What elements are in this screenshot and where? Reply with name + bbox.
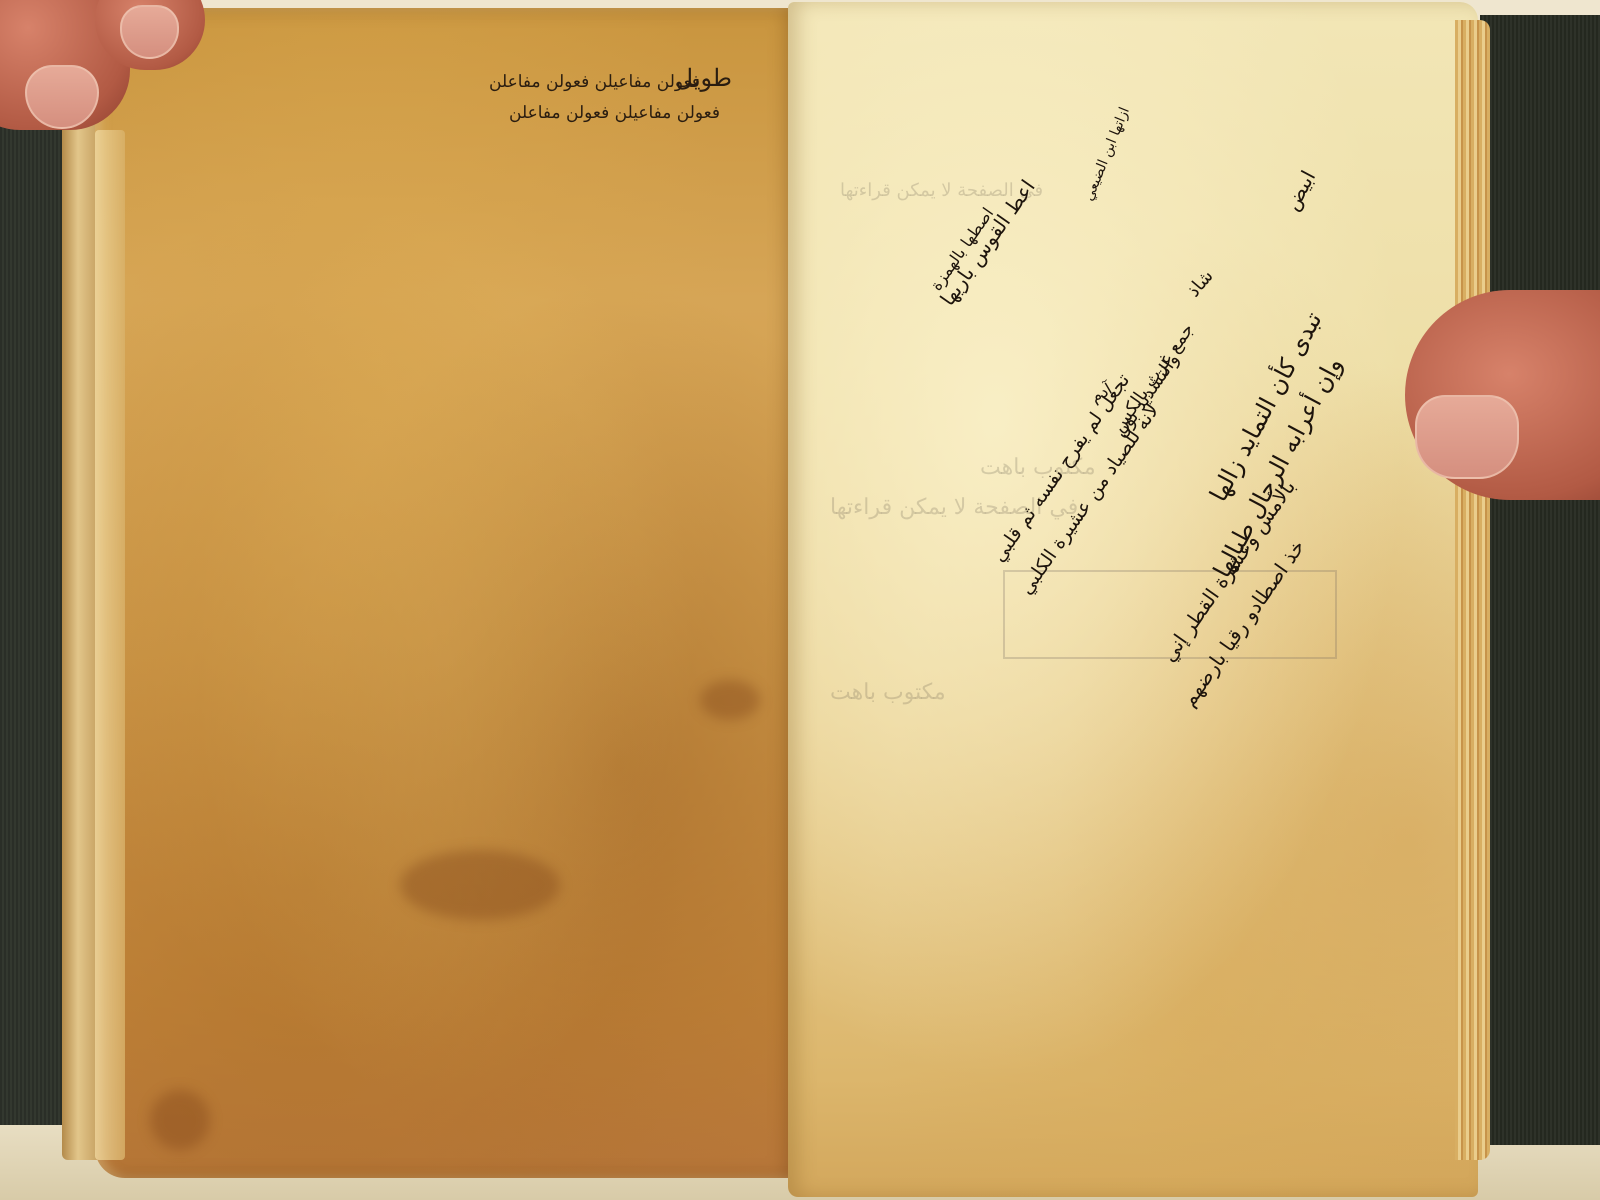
faded-text: مكتوب باهت bbox=[830, 680, 946, 705]
meter-line-1: فعولن مفاعيلن فعولن مفاعلن bbox=[489, 72, 700, 92]
meter-line-2: فعولن مفاعيلن فعولن مفاعلن bbox=[509, 103, 720, 123]
book-cover-right bbox=[1480, 15, 1600, 1145]
left-page-edge bbox=[95, 130, 125, 1160]
thumbnail bbox=[1415, 395, 1519, 479]
left-page bbox=[95, 8, 795, 1178]
right-page-edges bbox=[1455, 20, 1490, 1160]
stain bbox=[700, 680, 760, 720]
stain bbox=[400, 850, 560, 920]
stain bbox=[150, 1090, 210, 1150]
